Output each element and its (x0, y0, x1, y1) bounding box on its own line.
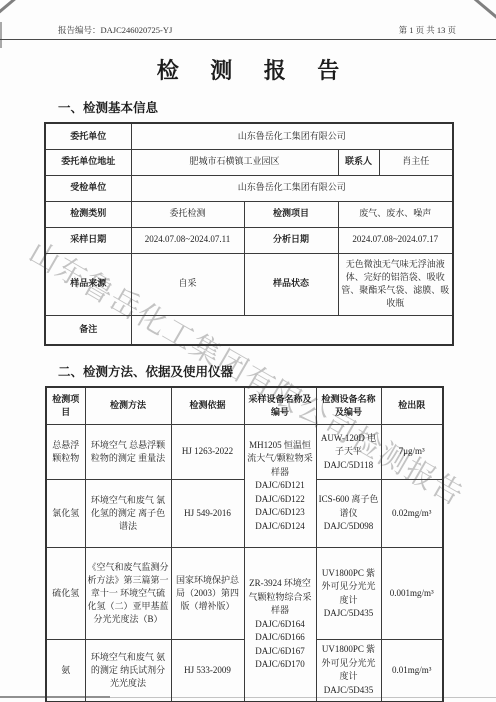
client-label: 委托单位 (45, 123, 131, 149)
remarks-label: 备注 (45, 315, 131, 345)
remarks-value (131, 315, 453, 345)
detect-device-name: UV1800PC 紫外可见分光光度计 (319, 567, 379, 608)
inspected-unit-label: 受检单位 (45, 175, 131, 201)
detect-device-cell: ICS-600 离子色谱仪 DAJC/5D098 (316, 480, 381, 548)
limit-cell: 0.02mg/m³ (381, 480, 443, 548)
analysis-date-value: 2024.07.08~2024.07.17 (338, 227, 453, 253)
detect-device-name: AUW-120D 电子天平 (319, 432, 379, 459)
detect-device-code: DAJC/5D118 (319, 459, 379, 473)
sampling-device-cell: MH1205 恒温恒流大气/颗粒物采样器 DAJC/6D121 DAJC/6D1… (244, 425, 316, 548)
sampling-date-label: 采样日期 (45, 227, 131, 253)
detect-device-cell: UV1800PC 紫外可见分光光度计 DAJC/5D435 (316, 640, 381, 702)
methods-table: 检测项目 检测方法 检测依据 采样设备名称及编号 检测设备名称及编号 检出限 总… (45, 386, 444, 702)
limit-cell: 0.01mg/m³ (381, 640, 443, 702)
method-cell: 《空气和废气监测分析方法》第三篇第一章十一 环境空气硫化氢（二）亚甲基蓝分光光度… (85, 548, 171, 640)
sampling-device-name: ZR-3924 环境空气颗粒物综合采样器 (247, 577, 314, 618)
table-row: 委托单位地址 肥城市石横镇工业园区 联系人 肖主任 (45, 149, 453, 175)
sampling-device-code: DAJC/6D122 (247, 493, 314, 507)
sample-source-label: 样品来源 (45, 253, 131, 315)
method-cell: 环境空气和废气 氨的测定 纳氏试剂分光光度法 (85, 640, 171, 702)
report-page: 山东鲁岳化工集团有限公司检测报告 报告编号：DAJC246020725-YJ 第… (0, 0, 496, 702)
basis-cell: HJ 549-2016 (171, 480, 244, 548)
sampling-device-code: DAJC/6D166 (247, 631, 314, 645)
sampling-device-code: DAJC/6D121 (247, 479, 314, 493)
basic-info-table: 委托单位 山东鲁岳化工集团有限公司 委托单位地址 肥城市石横镇工业园区 联系人 … (44, 122, 454, 346)
test-items-label: 检测项目 (244, 201, 338, 227)
item-cell: 硫化氢 (46, 548, 85, 640)
table-row: 委托单位 山东鲁岳化工集团有限公司 (45, 123, 453, 149)
item-cell: 氨 (46, 640, 85, 702)
section1-heading: 一、检测基本信息 (58, 98, 496, 116)
client-address-value: 肥城市石横镇工业园区 (131, 149, 338, 175)
table-row: 受检单位 山东鲁岳化工集团有限公司 (45, 175, 453, 201)
analysis-date-label: 分析日期 (244, 227, 338, 253)
col-basis: 检测依据 (171, 387, 244, 425)
detect-device-code: DAJC/5D098 (319, 520, 379, 534)
page-header: 报告编号：DAJC246020725-YJ 第 1 页 共 13 页 (0, 0, 496, 36)
sample-status-value: 无色微浊无气味无浮油液体、完好的铝箔袋、吸收管、聚酯采气袋、滤膜、吸收瓶 (338, 253, 453, 315)
item-cell: 总悬浮颗粒物 (46, 425, 85, 480)
test-category-label: 检测类别 (45, 201, 131, 227)
sampling-date-value: 2024.07.08~2024.07.11 (131, 227, 244, 253)
limit-cell: 0.001mg/m³ (381, 548, 443, 640)
sampling-device-name: MH1205 恒温恒流大气/颗粒物采样器 (247, 439, 314, 480)
table-row: 硫化氢 《空气和废气监测分析方法》第三篇第一章十一 环境空气硫化氢（二）亚甲基蓝… (46, 548, 443, 640)
report-number-label: 报告编号： (58, 25, 101, 35)
basis-cell: 国家环境保护总局（2003）第四版（增补版） (171, 548, 244, 640)
sample-status-label: 样品状态 (244, 253, 338, 315)
page-counter: 第 1 页 共 13 页 (399, 24, 456, 36)
sampling-device-code: DAJC/6D164 (247, 618, 314, 632)
header-rule (0, 39, 496, 40)
table-row: 总悬浮颗粒物 环境空气 总悬浮颗粒物的测定 重量法 HJ 1263-2022 M… (46, 425, 443, 480)
basis-cell: HJ 1263-2022 (171, 425, 244, 480)
contact-label: 联系人 (338, 149, 379, 175)
table-row: 采样日期 2024.07.08~2024.07.11 分析日期 2024.07.… (45, 227, 453, 253)
section2-heading: 二、检测方法、依据及使用仪器 (58, 362, 496, 380)
col-item: 检测项目 (46, 387, 85, 425)
sampling-device-code: DAJC/6D124 (247, 520, 314, 534)
detect-device-cell: UV1800PC 紫外可见分光光度计 DAJC/5D435 (316, 548, 381, 640)
limit-cell: 7μg/m³ (381, 425, 443, 480)
inspected-unit-value: 山东鲁岳化工集团有限公司 (131, 175, 453, 201)
report-number-value: DAJC246020725-YJ (101, 25, 173, 35)
col-detect-device: 检测设备名称及编号 (316, 387, 381, 425)
item-cell: 氯化氢 (46, 480, 85, 548)
detect-device-cell: AUW-120D 电子天平 DAJC/5D118 (316, 425, 381, 480)
table-row: 备注 (45, 315, 453, 345)
sampling-device-code: DAJC/6D123 (247, 506, 314, 520)
sampling-device-code: DAJC/6D170 (247, 658, 314, 672)
test-category-value: 委托检测 (131, 201, 244, 227)
client-address-label: 委托单位地址 (45, 149, 131, 175)
table-header-row: 检测项目 检测方法 检测依据 采样设备名称及编号 检测设备名称及编号 检出限 (46, 387, 443, 425)
sample-source-value: 自采 (131, 253, 244, 315)
contact-value: 肖主任 (379, 149, 453, 175)
report-number: 报告编号：DAJC246020725-YJ (58, 24, 172, 36)
report-title: 检 测 报 告 (0, 54, 496, 85)
col-method: 检测方法 (85, 387, 171, 425)
detect-device-code: DAJC/5D435 (319, 607, 379, 621)
client-value: 山东鲁岳化工集团有限公司 (131, 123, 453, 149)
table-row: 检测类别 委托检测 检测项目 废气、废水、噪声 (45, 201, 453, 227)
detect-device-name: ICS-600 离子色谱仪 (319, 493, 379, 520)
table-row: 样品来源 自采 样品状态 无色微浊无气味无浮油液体、完好的铝箔袋、吸收管、聚酯采… (45, 253, 453, 315)
col-limit: 检出限 (381, 387, 443, 425)
test-items-value: 废气、废水、噪声 (338, 201, 453, 227)
basis-cell: HJ 533-2009 (171, 640, 244, 702)
sampling-device-cell: ZR-3924 环境空气颗粒物综合采样器 DAJC/6D164 DAJC/6D1… (244, 548, 316, 702)
method-cell: 环境空气和废气 氯化氢的测定 离子色谱法 (85, 480, 171, 548)
detect-device-code: DAJC/5D435 (319, 684, 379, 698)
sampling-device-code: DAJC/6D167 (247, 645, 314, 659)
method-cell: 环境空气 总悬浮颗粒物的测定 重量法 (85, 425, 171, 480)
detect-device-name: UV1800PC 紫外可见分光光度计 (319, 643, 379, 684)
col-sampling-device: 采样设备名称及编号 (244, 387, 316, 425)
